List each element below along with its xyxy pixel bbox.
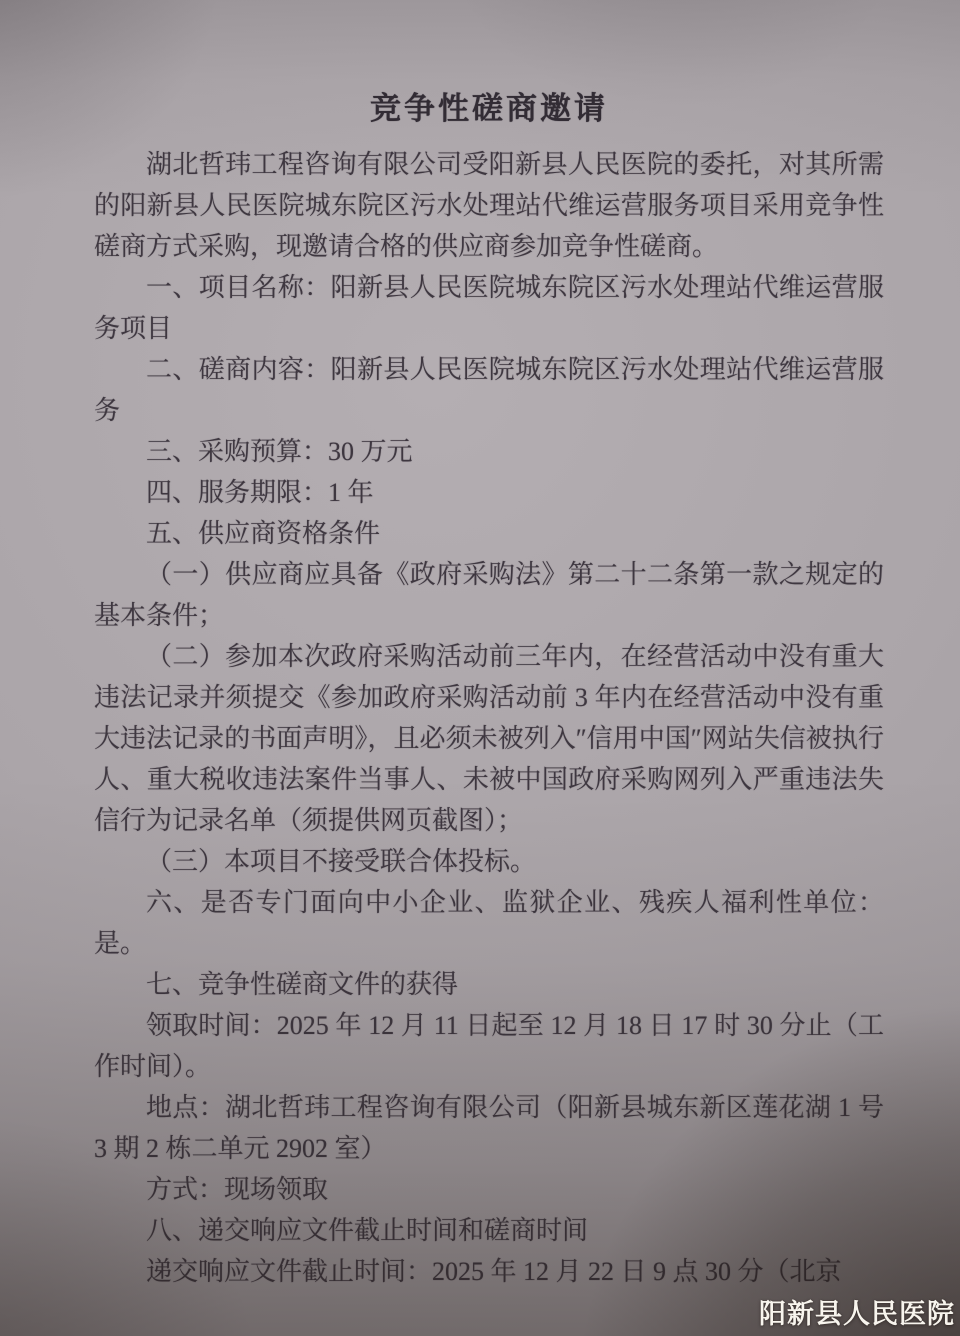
document-title: 竞争性磋商邀请	[94, 86, 884, 132]
doc-item-8-deadline-heading: 八、递交响应文件截止时间和磋商时间	[94, 1210, 884, 1251]
doc-item-5-3-no-consortium: （三）本项目不接受联合体投标。	[94, 841, 884, 882]
document-title-text: 竞争性磋商邀请	[370, 91, 608, 126]
hospital-watermark: 阳新县人民医院	[759, 1292, 955, 1331]
doc-item-3-budget: 三、采购预算：30 万元	[94, 431, 884, 472]
doc-item-6-sme-targeted: 六、是否专门面向中小企业、监狱企业、残疾人福利性单位：是。	[94, 882, 884, 964]
doc-item-1-project-name: 一、项目名称：阳新县人民医院城东院区污水处理站代维运营服务项目	[94, 267, 884, 349]
document-page: 竞争性磋商邀请 湖北哲玮工程咨询有限公司受阳新县人民医院的委托，对其所需的阳新县…	[94, 86, 884, 1292]
doc-item-7-pickup-place: 地点：湖北哲玮工程咨询有限公司（阳新县城东新区莲花湖 1 号 3 期 2 栋二单…	[94, 1087, 884, 1169]
doc-item-5-1-basic-conditions: （一）供应商应具备《政府采购法》第二十二条第一款之规定的基本条件；	[94, 554, 884, 636]
doc-item-5-qualifications: 五、供应商资格条件	[94, 513, 884, 554]
doc-item-4-service-term: 四、服务期限：1 年	[94, 472, 884, 513]
doc-item-5-2-no-violations: （二）参加本次政府采购活动前三年内，在经营活动中没有重大违法记录并须提交《参加政…	[94, 636, 884, 841]
document-photo: 竞争性磋商邀请 湖北哲玮工程咨询有限公司受阳新县人民医院的委托，对其所需的阳新县…	[0, 0, 960, 1336]
doc-item-7-obtain-documents: 七、竞争性磋商文件的获得	[94, 964, 884, 1005]
doc-item-7-pickup-time: 领取时间：2025 年 12 月 11 日起至 12 月 18 日 17 时 3…	[94, 1005, 884, 1087]
doc-item-7-pickup-method: 方式：现场领取	[94, 1169, 884, 1210]
doc-item-8-deadline: 递交响应文件截止时间：2025 年 12 月 22 日 9 点 30 分（北京	[94, 1251, 884, 1292]
doc-paragraph-intro: 湖北哲玮工程咨询有限公司受阳新县人民医院的委托，对其所需的阳新县人民医院城东院区…	[94, 144, 884, 267]
doc-item-2-consult-content: 二、磋商内容：阳新县人民医院城东院区污水处理站代维运营服务	[94, 349, 884, 431]
